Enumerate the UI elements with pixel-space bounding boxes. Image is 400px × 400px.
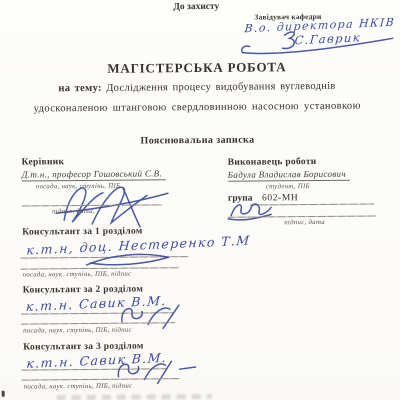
executor-name-caption: студент, ПІБ (228, 183, 348, 191)
consultant2-caption: посада, наук. ступінь, ПІБ, підпис (23, 327, 132, 335)
supervisor-label: Керівник (22, 157, 65, 167)
consultant1-signature (82, 250, 174, 269)
thesis-title: МАГІСТЕРСЬКА РОБОТА (0, 58, 395, 77)
consultant3-caption: посада, наук. ступінь, ПІБ, підпис (24, 383, 133, 391)
executor-signature-caption: підпис, дата (284, 219, 325, 226)
executor-signature-line (228, 215, 376, 217)
topic-text-1: Дослідження процесу видобування вуглевод… (106, 81, 336, 94)
topic-line-1: на тему: Дослідження процесу видобування… (0, 80, 395, 94)
executor-name: Бадула Владислав Борисович (228, 169, 350, 182)
supervisor-signature-caption: підпис, дата, (52, 208, 95, 215)
executor-label: Виконавець роботи (228, 157, 317, 168)
consultant1-line-2 (21, 267, 179, 270)
defense-note: До захисту (0, 0, 394, 13)
consultant3-signature (109, 358, 199, 385)
executor-signature (226, 199, 276, 221)
topic-line-2: удосконаленою штанговою свердловинною на… (0, 100, 395, 114)
consultant1-label: Консультант за 1 розділом (22, 227, 142, 238)
scan-speck (2, 391, 5, 397)
document-type: Пояснювальна записка (0, 133, 396, 147)
page-content: До захисту Завідувач кафедри В.о. директ… (0, 0, 400, 400)
consultant1-caption: посада, наук. ступінь, ПІБ, підпис (23, 271, 132, 279)
page-bleedthrough-artifact (57, 394, 212, 400)
scanned-thesis-title-page: До захисту Завідувач кафедри В.о. директ… (0, 0, 400, 400)
topic-label: на тему: (58, 83, 102, 94)
dept-head-signature-flourish (238, 26, 396, 55)
